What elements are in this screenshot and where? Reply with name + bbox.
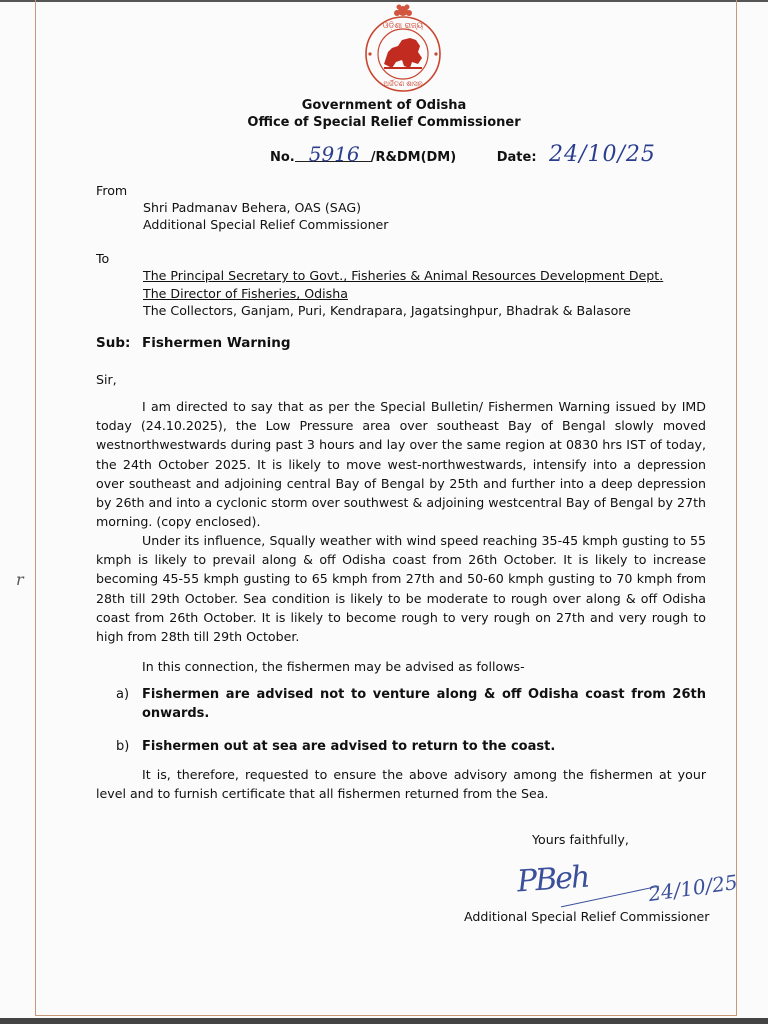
- to-label: To: [96, 249, 109, 268]
- salutation: Sir,: [96, 370, 117, 389]
- paragraph-request: It is, therefore, requested to ensure th…: [96, 765, 706, 803]
- paragraph-advice-intro: In this connection, the fishermen may be…: [96, 657, 706, 676]
- date-label: Date:: [497, 150, 537, 165]
- paragraph-wind-forecast: Under its influence, Squally weather wit…: [96, 531, 706, 646]
- bottom-edge: [0, 1018, 768, 1024]
- subject-line: Sub:Fishermen Warning: [96, 335, 291, 351]
- advisory-a-marker: a): [116, 685, 129, 704]
- ref-no-suffix: /R&DM(DM): [371, 150, 456, 165]
- recipient-collectors: The Collectors, Ganjam, Puri, Kendrapara…: [143, 301, 631, 320]
- advisory-a: a) Fishermen are advised not to venture …: [118, 685, 706, 723]
- signatory-designation: Additional Special Relief Commissioner: [464, 909, 710, 924]
- svg-text:ଅର୍ଜିତଣ ଶାସନ: ଅର୍ଜିତଣ ଶାସନ: [383, 79, 422, 88]
- ref-no-value: 5916: [295, 147, 371, 162]
- odisha-state-emblem-icon: ଓଡ଼ିଶା ରାଜ୍ୟ ଅର୍ଜିତଣ ଶାସନ: [358, 2, 448, 94]
- recipient-principal-secretary: The Principal Secretary to Govt., Fisher…: [143, 266, 663, 285]
- paragraph-imd-bulletin: I am directed to say that as per the Spe…: [96, 397, 706, 531]
- reference-line: No.5916/R&DM(DM) Date: 24/10/25: [270, 142, 656, 167]
- from-label: From: [96, 181, 127, 200]
- advisory-b-marker: b): [116, 737, 129, 756]
- advisory-a-text: Fishermen are advised not to venture alo…: [142, 685, 706, 723]
- ref-no-label: No.: [270, 150, 295, 165]
- signature: PBeh: [516, 860, 590, 900]
- office-title: Office of Special Relief Commissioner: [0, 115, 768, 130]
- from-designation: Additional Special Relief Commissioner: [143, 215, 389, 234]
- date-value: 24/10/25: [549, 142, 656, 167]
- subject-text: Fishermen Warning: [142, 335, 291, 351]
- svg-text:ଓଡ଼ିଶା ରାଜ୍ୟ: ଓଡ଼ିଶା ରାଜ୍ୟ: [383, 21, 424, 31]
- subject-label: Sub:: [96, 335, 142, 351]
- valediction: Yours faithfully,: [532, 832, 629, 847]
- margin-mark: r: [16, 570, 24, 589]
- advisory-b: b) Fishermen out at sea are advised to r…: [118, 737, 706, 756]
- government-title: Government of Odisha: [0, 98, 768, 113]
- advisory-b-text: Fishermen out at sea are advised to retu…: [142, 737, 706, 756]
